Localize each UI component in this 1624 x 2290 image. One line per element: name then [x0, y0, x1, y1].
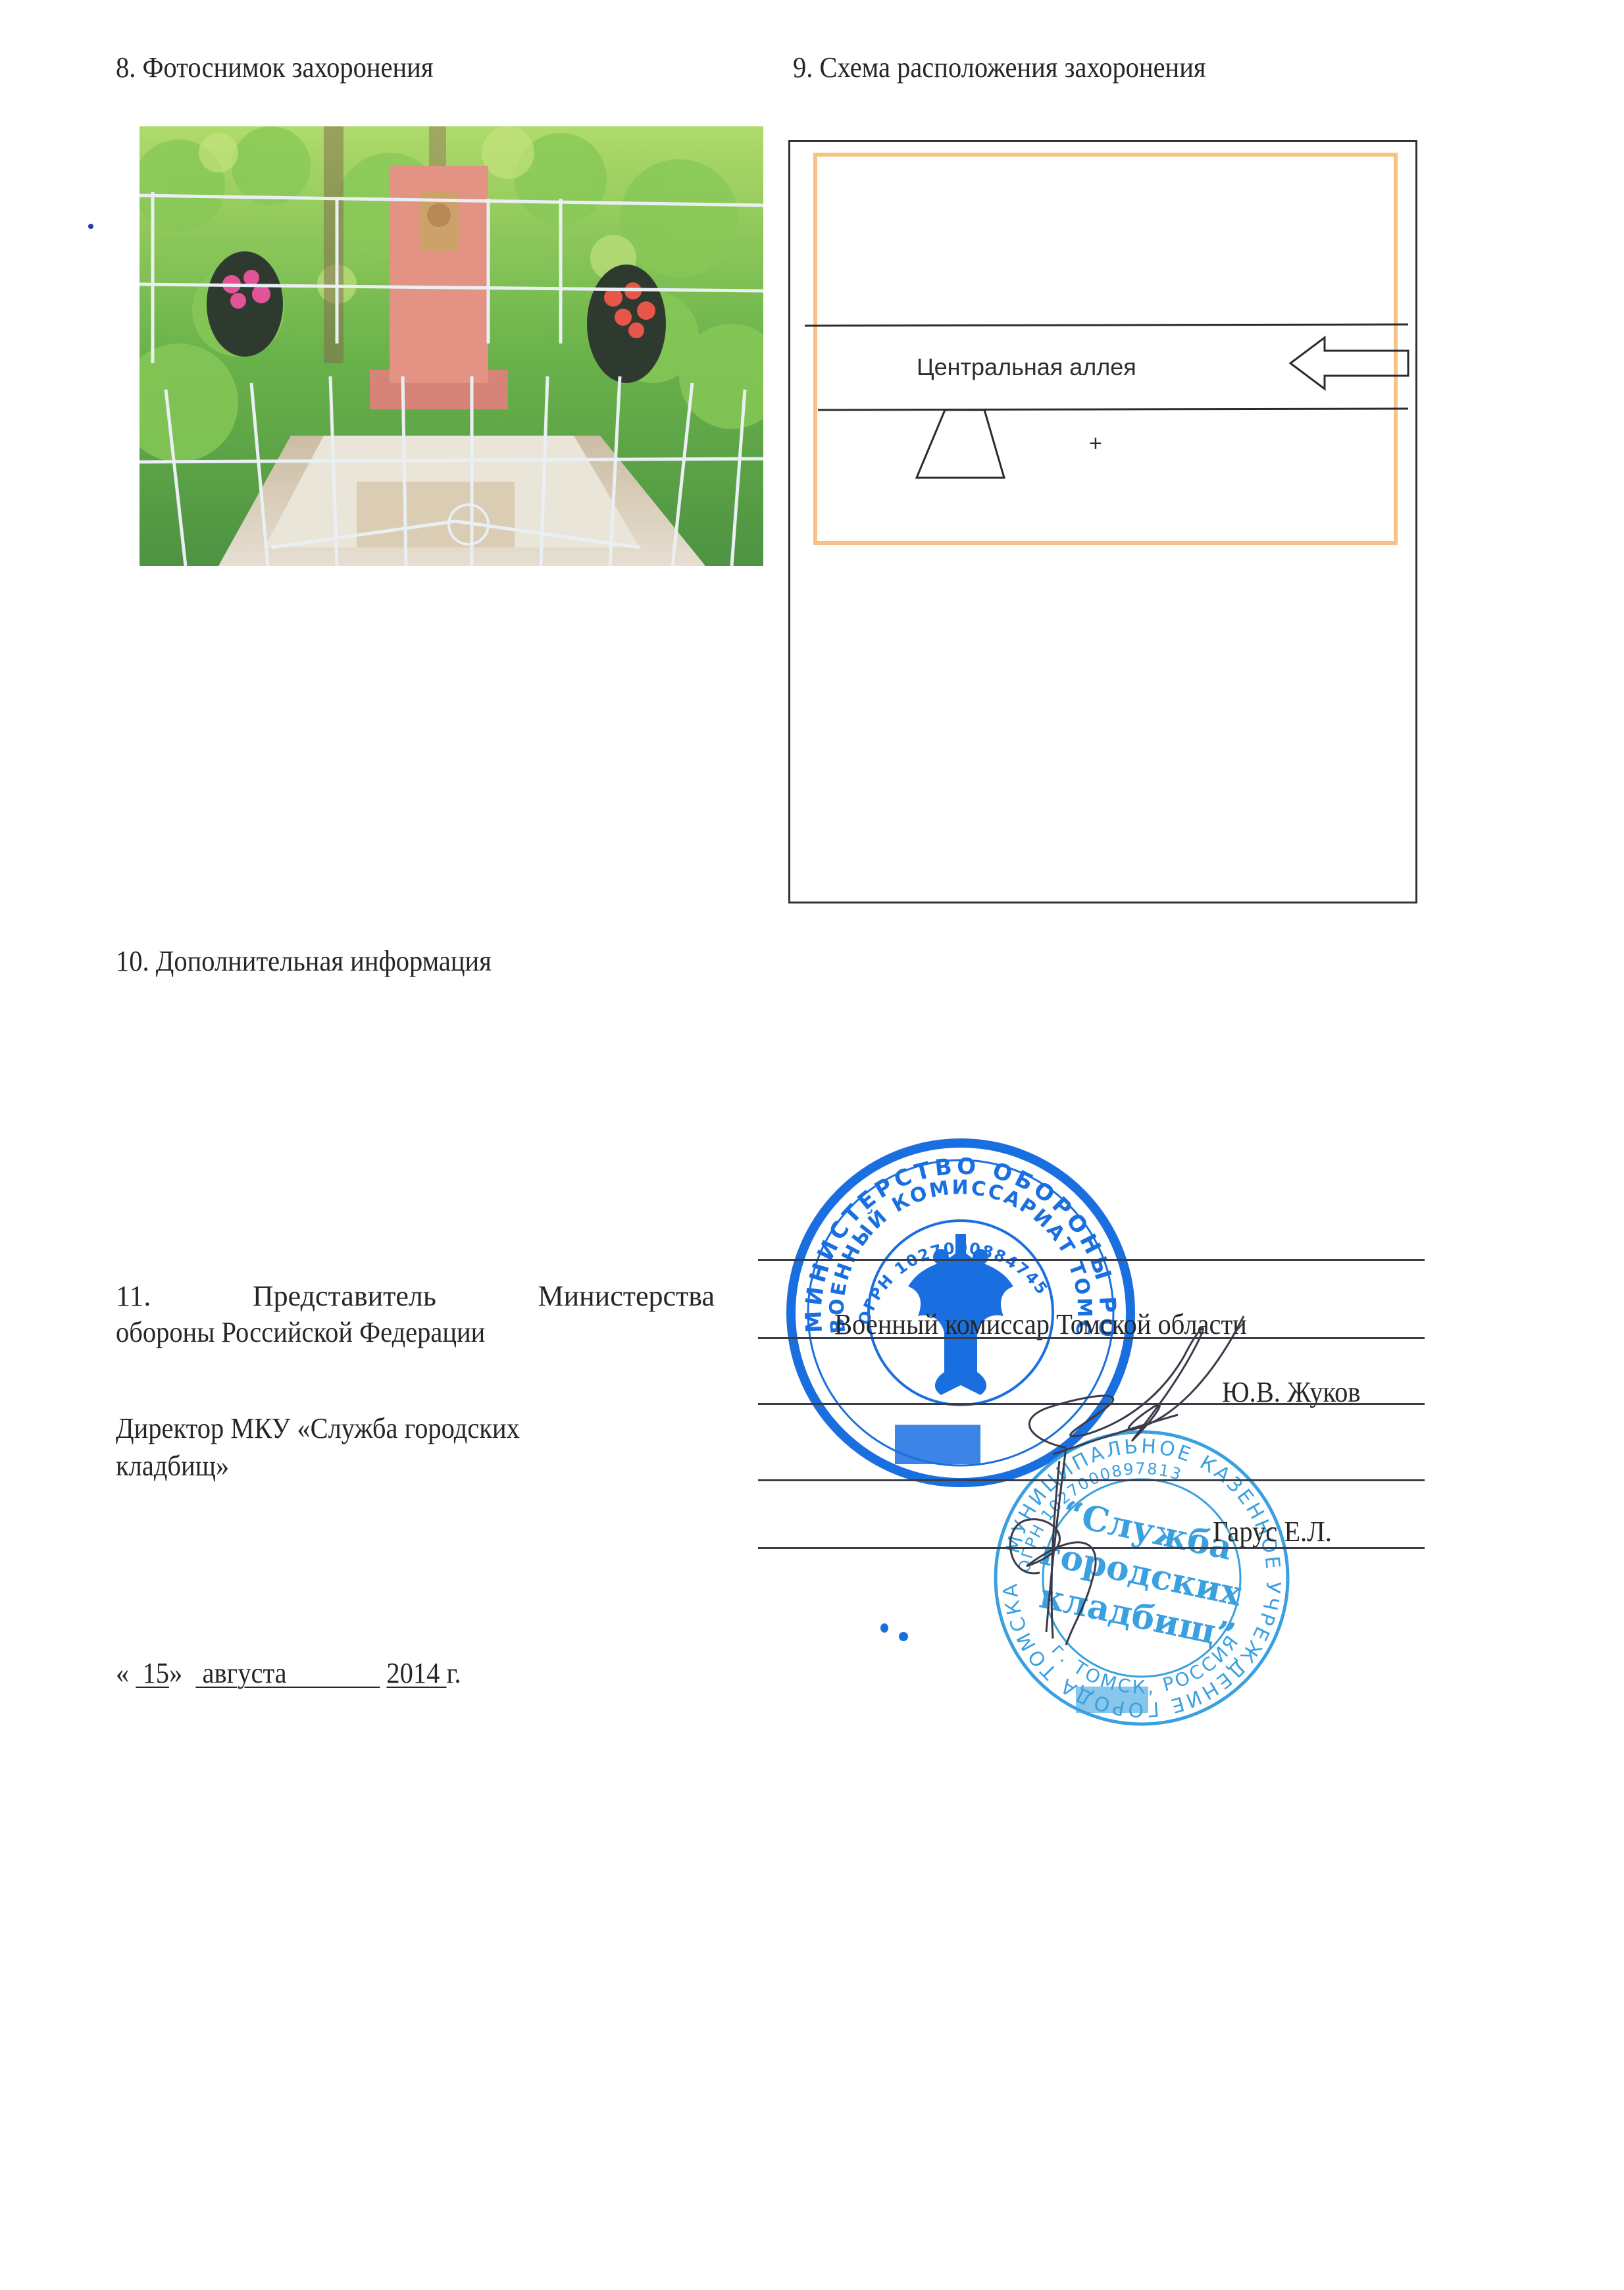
photo-section-heading: 8. Фотоснимок захоронения	[116, 51, 433, 85]
svg-text:кладбищ”: кладбищ”	[1036, 1576, 1239, 1656]
alley-bottom-edge	[818, 409, 1408, 410]
additional-info-heading: 10. Дополнительная информация	[116, 944, 492, 979]
date-close-quote: »	[169, 1657, 182, 1689]
date-year: 2014	[386, 1657, 440, 1689]
svg-text:г. ТОМСК, РОССИЯ: г. ТОМСК, РОССИЯ	[1048, 1630, 1244, 1698]
ink-blot	[880, 1623, 888, 1633]
cemetery-director-label-line2: кладбищ»	[116, 1448, 229, 1485]
scheme-section-heading: 9. Схема расположения захоронения	[793, 51, 1206, 85]
mod-representative-label-line2: обороны Российской Федерации	[116, 1314, 485, 1351]
central-alley-label: Центральная аллея	[917, 353, 1136, 381]
signature-line	[758, 1479, 1425, 1481]
document-date: « 15» августа 2014 г.	[116, 1655, 461, 1692]
signature-line	[758, 1547, 1425, 1549]
signature-line	[758, 1259, 1425, 1261]
svg-text:МУНИЦИПАЛЬНОЕ КАЗЕННОЕ УЧРЕЖДЕ: МУНИЦИПАЛЬНОЕ КАЗЕННОЕ УЧРЕЖДЕНИЕ ГОРОДА…	[999, 1435, 1284, 1721]
grave-plot-icon	[917, 410, 1004, 478]
mod-representative-label-line1: 11.ПредставительМинистерства	[116, 1278, 715, 1315]
svg-text:“Служба: “Служба	[1059, 1493, 1236, 1568]
signature-line	[758, 1337, 1425, 1339]
grave-photo	[140, 126, 763, 566]
date-day: 15	[136, 1657, 169, 1689]
cemetery-director-label-line1: Директор МКУ «Служба городских	[116, 1410, 520, 1447]
date-month: августа	[195, 1657, 380, 1689]
mod-representative-name: Ю.В. Жуков	[1222, 1374, 1360, 1411]
direction-arrow-icon	[1290, 338, 1408, 389]
signature-line	[758, 1403, 1425, 1405]
alley-top-edge	[805, 324, 1408, 326]
ink-blot	[899, 1632, 908, 1641]
cemetery-director-name: Гарус Е.Л.	[1213, 1514, 1332, 1550]
cemetery-service-stamp: МУНИЦИПАЛЬНОЕ КАЗЕННОЕ УЧРЕЖДЕНИЕ ГОРОДА…	[990, 1427, 1293, 1729]
burial-location-diagram	[788, 140, 1417, 903]
svg-text:ОГРН 1027000897813: ОГРН 1027000897813	[1015, 1460, 1184, 1574]
scan-speck	[88, 224, 93, 229]
date-year-suffix: г.	[446, 1657, 461, 1689]
date-open-quote: «	[116, 1657, 129, 1689]
grave-cross-icon: +	[1089, 431, 1102, 457]
